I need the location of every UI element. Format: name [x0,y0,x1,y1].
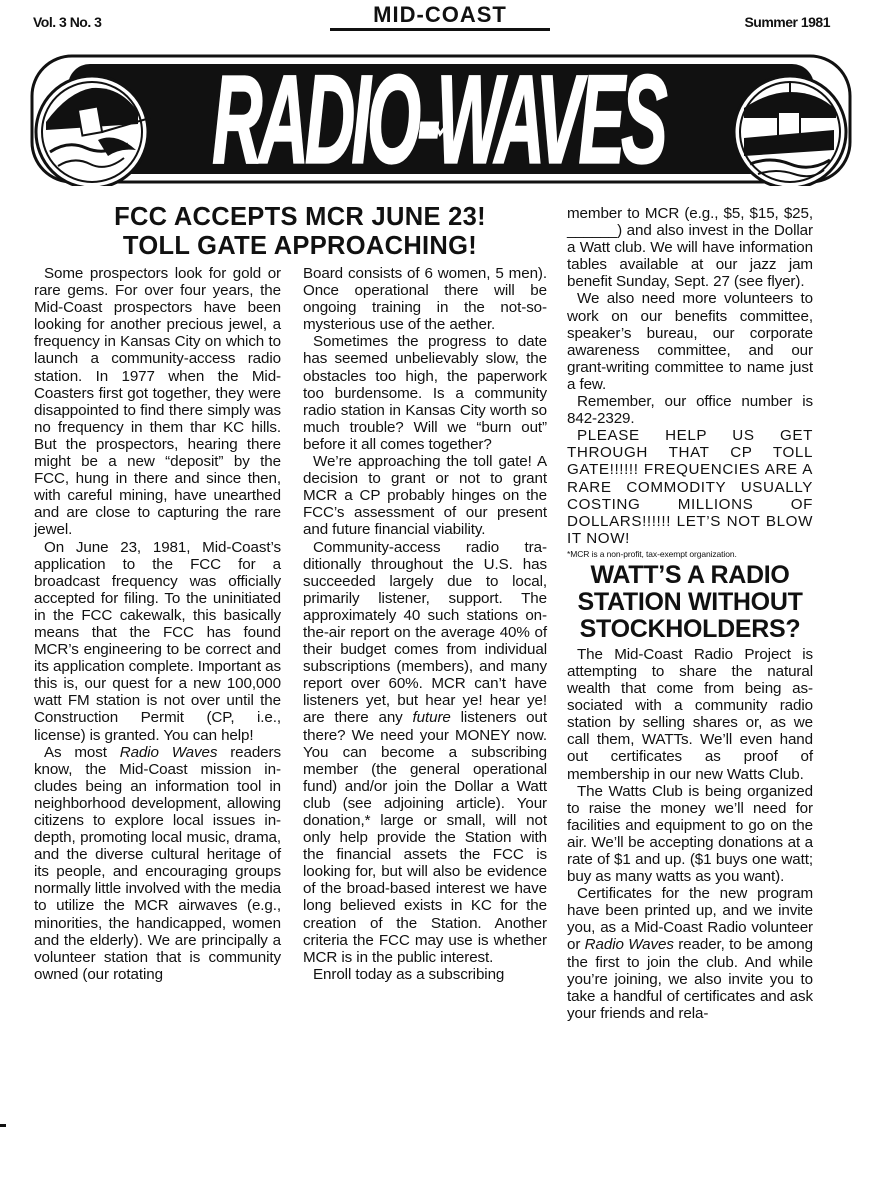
article-column-2: Board consists of 6 women, 5 men). Once … [303,265,547,983]
paragraph: Remember, our office number is 842-2329. [567,393,813,427]
publication-name: Radio Waves [120,744,218,761]
second-headline: WATT’S A RADIO STATION WITHOUT STOCKHOLD… [567,562,813,643]
headline-line-1: FCC ACCEPTS MCR JUNE 23! [40,203,560,232]
footnote: *MCR is a non-profit, tax-exempt organiz… [567,548,813,560]
text-span: Community-access radio tra­ditionally th… [303,539,547,727]
right-emblem-icon [734,76,846,186]
paragraph: Some prospectors look for gold or rare g… [34,265,281,539]
appeal-paragraph: PLEASE HELP US GET THROUGH THAT CP TOLL … [567,427,813,547]
paragraph: Board consists of 6 women, 5 men). Once … [303,265,547,333]
emphasis: future [413,709,451,726]
publication-name: Radio Waves [585,936,674,953]
volume-issue-label: Vol. 3 No. 3 [33,14,101,30]
masthead-title: RADIO-WAVES [264,44,611,194]
main-headline: FCC ACCEPTS MCR JUNE 23! TOLL GATE APPRO… [40,203,560,261]
paragraph: Sometimes the progress to date has seeme… [303,333,547,453]
paragraph: Enroll today as a subscribing [303,966,547,983]
paragraph: Certificates for the new pro­gram have b… [567,885,813,1022]
issue-date-label: Summer 1981 [744,14,830,30]
paragraph: On June 23, 1981, Mid-Coast’s applicatio… [34,539,281,744]
text-span: readers know, the Mid-Coast mission in­c… [34,744,281,983]
paragraph: The Watts Club is being orga­nized to ra… [567,783,813,886]
paragraph: We also need more volunteers to work on … [567,290,813,393]
paragraph: Community-access radio tra­ditionally th… [303,539,547,966]
paragraph: We’re approaching the toll gate! A decis… [303,453,547,538]
left-emblem-icon [36,76,150,186]
text-span: As most [44,744,120,761]
masthead-kicker: MID-COAST [330,2,550,31]
margin-mark [0,1124,6,1127]
article-column-3: member to MCR (e.g., $5, $15, $25, _____… [567,205,813,1022]
masthead-banner: RADIO-WAVES [28,52,854,186]
headline-line-2: TOLL GATE APPROACHING! [40,232,560,261]
article-column-1: Some prospectors look for gold or rare g… [34,265,281,983]
paragraph: The Mid-Coast Radio Project is attemptin… [567,646,813,783]
paragraph: As most Radio Waves readers know, the Mi… [34,744,281,983]
text-span: listeners out there? We need your MONEY … [303,709,547,965]
paragraph: member to MCR (e.g., $5, $15, $25, _____… [567,205,813,290]
